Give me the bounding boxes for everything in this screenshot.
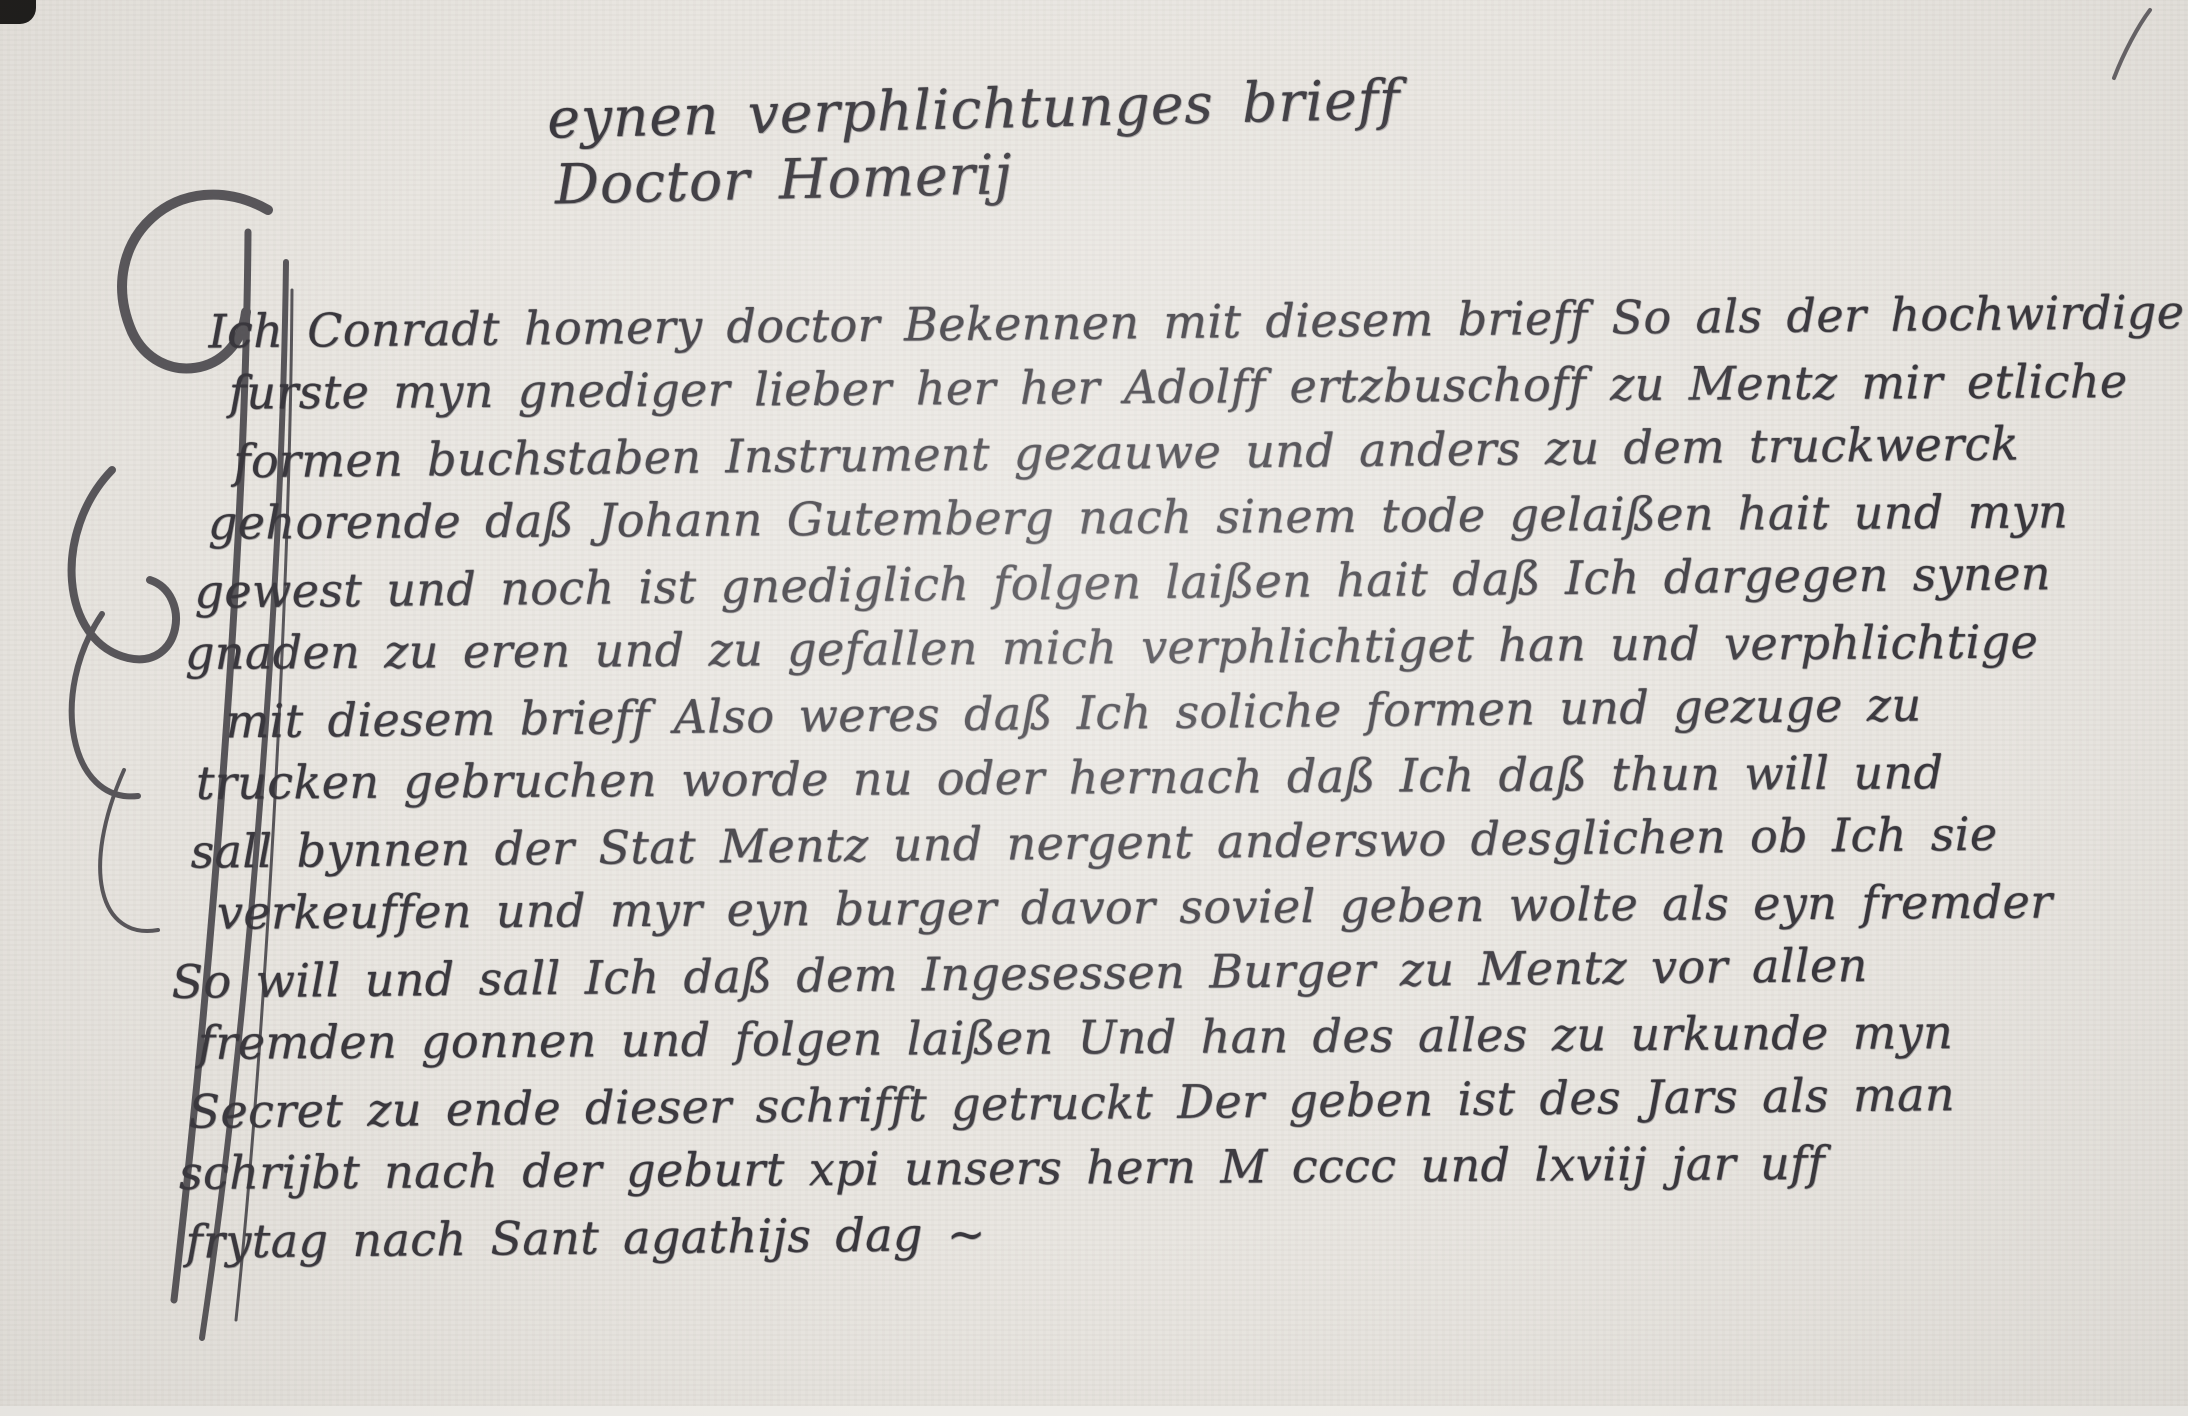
- document-title: eynen verphlichtunges brieff Doctor Home…: [547, 66, 1403, 217]
- stray-pen-stroke-icon: [2108, 6, 2156, 86]
- document-body: Ich Conradt homery doctor Bekennen mit d…: [146, 282, 2164, 1273]
- scan-bottom-edge: [0, 1406, 2188, 1416]
- scan-corner-shadow-mark: [0, 0, 36, 24]
- manuscript-scan: eynen verphlichtunges brieff Doctor Home…: [0, 0, 2188, 1416]
